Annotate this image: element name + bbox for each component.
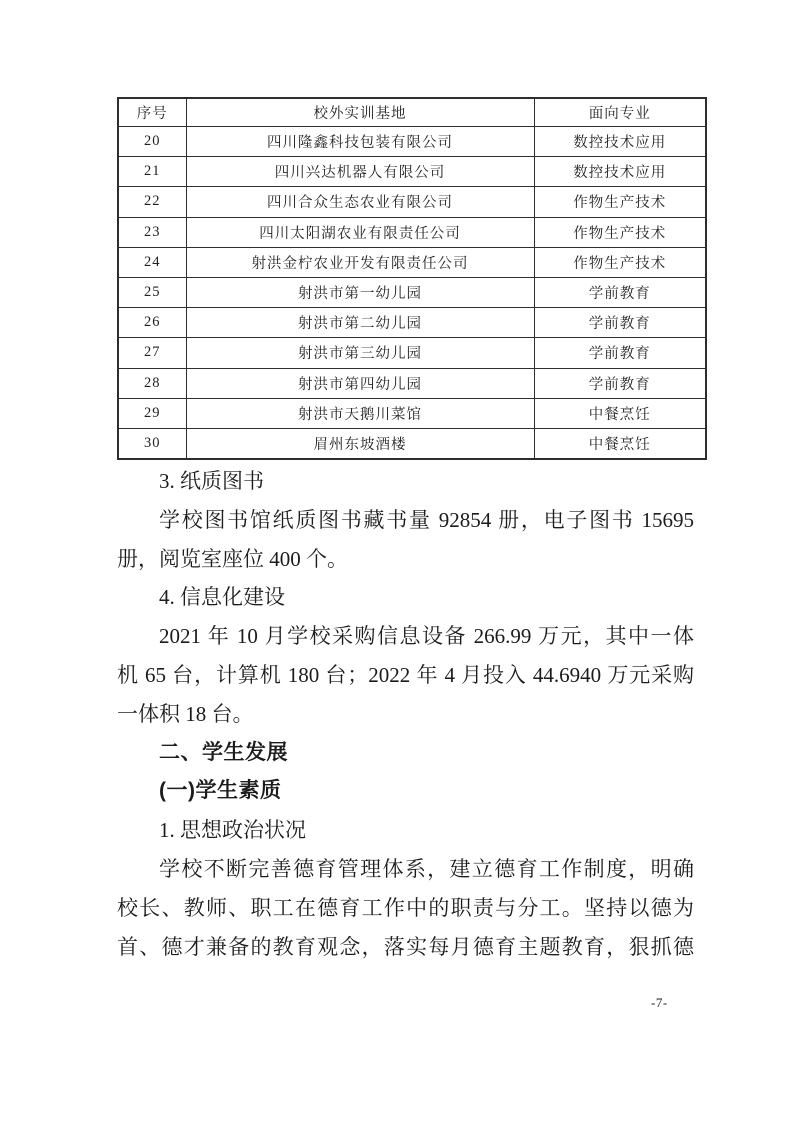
cell-base: 射洪市第二幼儿园 [186, 308, 534, 338]
para-informatization-line-3: 一体积 18 台。 [117, 695, 694, 734]
cell-serial: 21 [118, 157, 186, 187]
cell-serial: 24 [118, 247, 186, 277]
para-moral-education-line-3: 首、德才兼备的教育观念，落实每月德育主题教育，狠抓德 [117, 928, 694, 967]
cell-base: 四川合众生态农业有限公司 [186, 187, 534, 217]
para-informatization-line-2: 机 65 台，计算机 180 台；2022 年 4 月投入 44.6940 万元… [117, 656, 694, 695]
document-text-block: 3. 纸质图书学校图书馆纸质图书藏书量 92854 册，电子图书 15695册，… [117, 462, 694, 966]
cell-major: 学前教育 [534, 368, 706, 398]
cell-base: 射洪金柠农业开发有限责任公司 [186, 247, 534, 277]
document-page: 序号 校外实训基地 面向专业 20四川隆鑫科技包装有限公司数控技术应用21四川兴… [0, 0, 793, 1122]
cell-serial: 23 [118, 217, 186, 247]
para-library-line-1: 学校图书馆纸质图书藏书量 92854 册，电子图书 15695 [117, 501, 694, 540]
page-number: -7- [651, 995, 668, 1011]
list-item-ideological-politics: 1. 思想政治状况 [117, 811, 694, 850]
cell-base: 眉州东坡酒楼 [186, 428, 534, 459]
cell-major: 学前教育 [534, 277, 706, 307]
list-item-informatization: 4. 信息化建设 [117, 578, 694, 617]
external-training-base-table: 序号 校外实训基地 面向专业 20四川隆鑫科技包装有限公司数控技术应用21四川兴… [117, 97, 707, 460]
cell-major: 中餐烹饪 [534, 398, 706, 428]
column-header-serial: 序号 [118, 98, 186, 127]
cell-serial: 28 [118, 368, 186, 398]
table-row: 30眉州东坡酒楼中餐烹饪 [118, 428, 706, 459]
para-informatization-line-1: 2021 年 10 月学校采购信息设备 266.99 万元，其中一体 [117, 617, 694, 656]
table-row: 25射洪市第一幼儿园学前教育 [118, 277, 706, 307]
table-row: 20四川隆鑫科技包装有限公司数控技术应用 [118, 127, 706, 157]
table-row: 23四川太阳湖农业有限责任公司作物生产技术 [118, 217, 706, 247]
cell-major: 学前教育 [534, 308, 706, 338]
para-moral-education-line-1: 学校不断完善德育管理体系，建立德育工作制度，明确 [117, 850, 694, 889]
para-library-line-2: 册，阅览室座位 400 个。 [117, 540, 694, 579]
table-body: 20四川隆鑫科技包装有限公司数控技术应用21四川兴达机器人有限公司数控技术应用2… [118, 127, 706, 460]
cell-serial: 30 [118, 428, 186, 459]
heading-student-quality: (一)学生素质 [117, 772, 694, 811]
cell-serial: 22 [118, 187, 186, 217]
table-row: 29射洪市天鹅川菜馆中餐烹饪 [118, 398, 706, 428]
cell-major: 中餐烹饪 [534, 428, 706, 459]
cell-major: 数控技术应用 [534, 127, 706, 157]
table-row: 28射洪市第四幼儿园学前教育 [118, 368, 706, 398]
table-row: 27射洪市第三幼儿园学前教育 [118, 338, 706, 368]
list-item-paper-books: 3. 纸质图书 [117, 462, 694, 501]
cell-serial: 26 [118, 308, 186, 338]
cell-major: 作物生产技术 [534, 187, 706, 217]
cell-serial: 27 [118, 338, 186, 368]
cell-base: 射洪市天鹅川菜馆 [186, 398, 534, 428]
cell-base: 四川兴达机器人有限公司 [186, 157, 534, 187]
cell-base: 射洪市第三幼儿园 [186, 338, 534, 368]
cell-serial: 25 [118, 277, 186, 307]
table-row: 24射洪金柠农业开发有限责任公司作物生产技术 [118, 247, 706, 277]
cell-base: 射洪市第四幼儿园 [186, 368, 534, 398]
table-row: 21四川兴达机器人有限公司数控技术应用 [118, 157, 706, 187]
heading-student-development: 二、学生发展 [117, 734, 694, 773]
para-moral-education-line-2: 校长、教师、职工在德育工作中的职责与分工。坚持以德为 [117, 889, 694, 928]
cell-base: 四川隆鑫科技包装有限公司 [186, 127, 534, 157]
cell-major: 作物生产技术 [534, 247, 706, 277]
table-row: 26射洪市第二幼儿园学前教育 [118, 308, 706, 338]
column-header-major: 面向专业 [534, 98, 706, 127]
cell-serial: 20 [118, 127, 186, 157]
cell-base: 射洪市第一幼儿园 [186, 277, 534, 307]
cell-base: 四川太阳湖农业有限责任公司 [186, 217, 534, 247]
table-row: 22四川合众生态农业有限公司作物生产技术 [118, 187, 706, 217]
cell-serial: 29 [118, 398, 186, 428]
cell-major: 学前教育 [534, 338, 706, 368]
cell-major: 数控技术应用 [534, 157, 706, 187]
table-header-row: 序号 校外实训基地 面向专业 [118, 98, 706, 127]
cell-major: 作物生产技术 [534, 217, 706, 247]
column-header-base: 校外实训基地 [186, 98, 534, 127]
